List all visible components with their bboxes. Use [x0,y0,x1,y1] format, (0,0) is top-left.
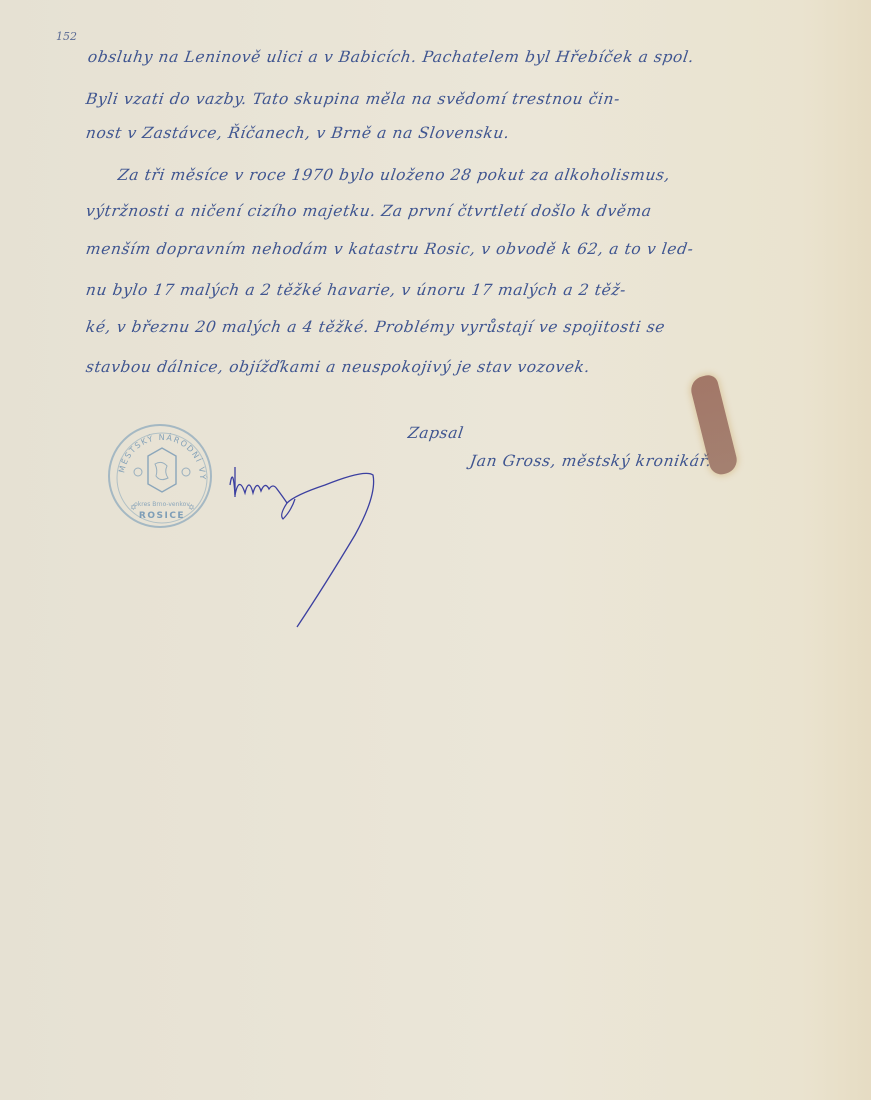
text-line: nu bylo 17 malých a 2 těžké havarie, v ú… [85,281,628,299]
chronicle-page: 152 obsluhy na Leninově ulici a v Babicí… [0,0,871,1100]
text-line: výtržnosti a ničení cizího majetku. Za p… [85,202,653,220]
text-line: menším dopravním nehodám v katastru Rosi… [85,240,695,258]
page-number: 152 [56,30,77,43]
text-line: Byli vzati do vazby. Tato skupina měla n… [85,90,622,108]
svg-text:✡: ✡ [130,503,137,512]
svg-text:✡: ✡ [188,503,195,512]
stamp-emblem-icon: MĚSTSKÝ NÁRODNÍ VÝBOR okres Brno-venkov … [110,426,214,530]
official-stamp: MĚSTSKÝ NÁRODNÍ VÝBOR okres Brno-venkov … [108,424,212,528]
svg-text:ROSICE: ROSICE [139,511,185,521]
text-line: stavbou dálnice, objížďkami a neuspokoji… [85,358,592,376]
svg-text:okres Brno-venkov: okres Brno-venkov [134,501,190,508]
handwritten-signature [225,455,385,630]
text-line: nost v Zastávce, Říčanech, v Brně a na S… [85,124,511,142]
text-line: ké, v březnu 20 malých a 4 těžké. Problé… [85,318,667,336]
text-line: obsluhy na Leninově ulici a v Babicích. … [87,48,696,66]
text-line: Za tři měsíce v roce 1970 bylo uloženo 2… [117,166,672,184]
author-signature-line: Jan Gross, městský kronikář. [469,452,713,470]
svg-text:MĚSTSKÝ NÁRODNÍ VÝBOR: MĚSTSKÝ NÁRODNÍ VÝBOR [110,426,209,481]
recorded-by-label: Zapsal [407,424,465,442]
